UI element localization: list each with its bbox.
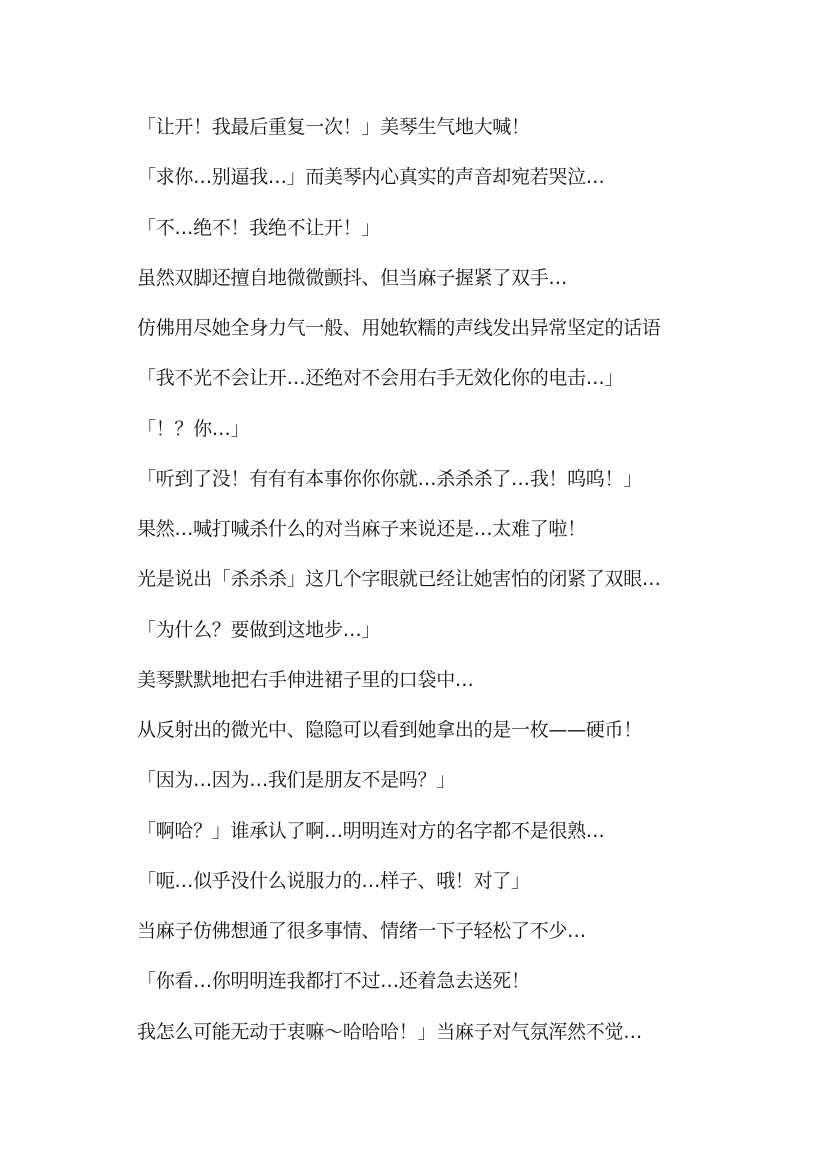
text-line: 「让开！我最后重复一次！」美琴生气地大喊！ xyxy=(137,114,737,164)
text-line: 「你看…你明明连我都打不过…还着急去送死！ xyxy=(137,968,737,1018)
text-line: 果然…喊打喊杀什么的对当麻子来说还是…太难了啦！ xyxy=(137,516,737,566)
text-line: 「为什么？要做到这地步…」 xyxy=(137,617,737,667)
text-line: 「我不光不会让开…还绝对不会用右手无效化你的电击…」 xyxy=(137,365,737,415)
text-line: 「听到了没！有有有本事你你你就…杀杀杀了…我！呜呜！」 xyxy=(137,466,737,516)
text-line: 「啊哈？」谁承认了啊…明明连对方的名字都不是很熟… xyxy=(137,818,737,868)
text-line: 仿佛用尽她全身力气一般、用她软糯的声线发出异常坚定的话语 xyxy=(137,315,737,365)
text-line: 虽然双脚还擅自地微微颤抖、但当麻子握紧了双手… xyxy=(137,265,737,315)
text-line: 「呃…似乎没什么说服力的…样子、哦！对了」 xyxy=(137,868,737,918)
text-line: 「求你…别逼我…」而美琴内心真实的声音却宛若哭泣… xyxy=(137,164,737,214)
text-line: 我怎么可能无动于衷嘛～哈哈哈！」当麻子对气氛浑然不觉… xyxy=(137,1019,737,1069)
document-page: 「让开！我最后重复一次！」美琴生气地大喊！ 「求你…别逼我…」而美琴内心真实的声… xyxy=(0,0,820,1161)
text-line: 光是说出「杀杀杀」这几个字眼就已经让她害怕的闭紧了双眼… xyxy=(137,566,737,616)
text-body: 「让开！我最后重复一次！」美琴生气地大喊！ 「求你…别逼我…」而美琴内心真实的声… xyxy=(137,114,737,1069)
text-line: 美琴默默地把右手伸进裙子里的口袋中… xyxy=(137,667,737,717)
text-line: 从反射出的微光中、隐隐可以看到她拿出的是一枚——硬币！ xyxy=(137,717,737,767)
text-line: 「因为…因为…我们是朋友不是吗？」 xyxy=(137,767,737,817)
text-line: 「不…绝不！我绝不让开！」 xyxy=(137,215,737,265)
text-line: 当麻子仿佛想通了很多事情、情绪一下子轻松了不少… xyxy=(137,918,737,968)
text-line: 「！？你…」 xyxy=(137,416,737,466)
